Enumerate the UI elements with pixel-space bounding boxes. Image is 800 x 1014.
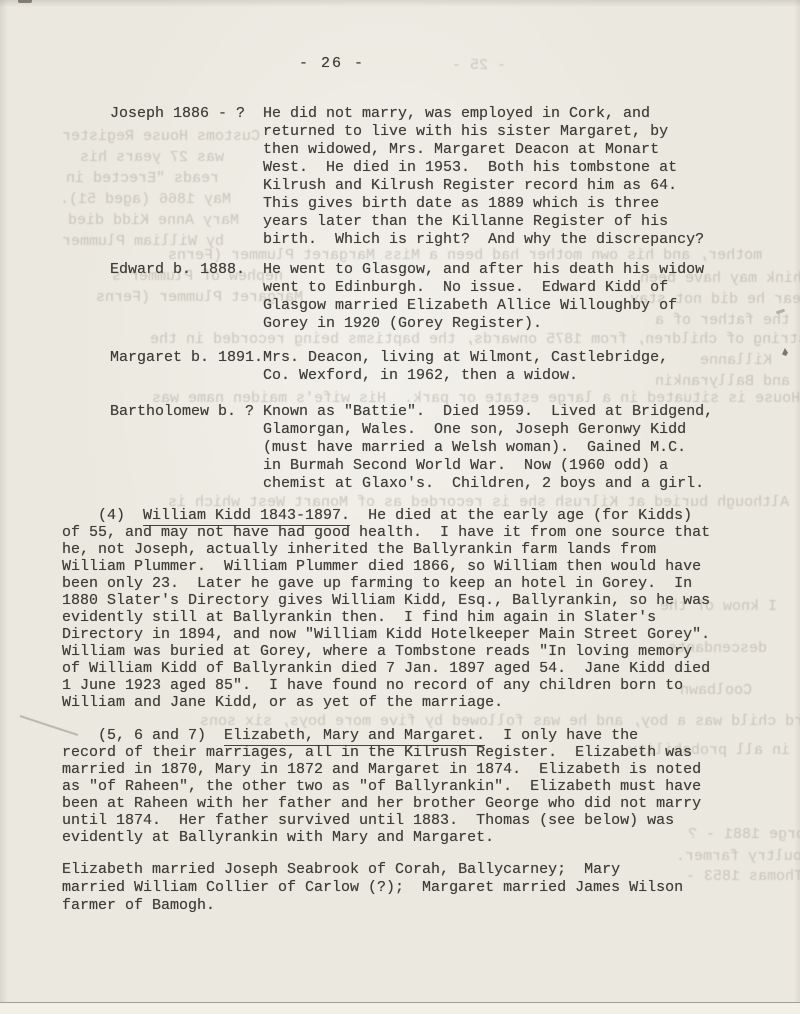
text-line: 1 June 1923 aged 85". I have found no re…	[62, 677, 710, 694]
bleedthrough-text: was 27 years his	[80, 149, 224, 166]
text-line: Known as "Battie". Died 1959. Lived at B…	[263, 403, 713, 421]
entry-label: Joseph 1886 - ?	[110, 105, 245, 123]
text-line: married in 1870, Mary in 1872 and Margar…	[62, 761, 701, 778]
text-line: Glasgow married Elizabeth Allice Willoug…	[263, 297, 704, 315]
paragraph-text: I only have the	[485, 727, 638, 744]
text-line: evidently still at Ballyrankin then. I f…	[62, 609, 710, 626]
text-line: farmer of Bamogh.	[62, 897, 683, 915]
text-line: Co. Wexford, in 1962, then a widow.	[263, 367, 668, 385]
text-line: as "of Raheen", the other two as "of Bal…	[62, 778, 701, 795]
bleedthrough-text: Mary Anne Kidd died	[68, 212, 239, 229]
bleedthrough-text: string of children, from 1875 onwards, t…	[150, 331, 800, 348]
text-line: He did not marry, was employed in Cork, …	[263, 105, 704, 123]
text-line: of William Kidd of Ballyrankin died 7 Ja…	[62, 660, 710, 677]
crease-mark	[0, 700, 120, 760]
text-line: until 1874. Her father survived until 18…	[62, 812, 701, 829]
text-line: been only 23. Later he gave up farming t…	[62, 575, 710, 592]
text-line: West. He died in 1953. Both his tombston…	[263, 159, 704, 177]
text-line: Elizabeth married Joseph Seabrook of Cor…	[62, 861, 683, 879]
entry-body: Mrs. Deacon, living at Wilmont, Castlebr…	[263, 349, 668, 385]
bleedthrough-text: Customs House Register	[62, 128, 260, 145]
bleedthrough-text: May 1866 (aged 51).	[60, 191, 231, 208]
page-bottom-edge	[0, 1002, 800, 1014]
text-line: birth. Which is right? And why the discr…	[263, 231, 704, 249]
text-line: (must have married a Welsh woman). Gaine…	[263, 439, 713, 457]
text-line: (4) William Kidd 1843-1897. He died at t…	[98, 507, 710, 524]
paragraph-prefix: (4)	[98, 507, 143, 524]
bleedthrough-text: poultry farmer.	[676, 848, 800, 865]
text-line: evidently at Ballyrankin with Mary and M…	[62, 829, 701, 846]
paragraph-body: record of their marriages, all in the Ki…	[62, 744, 701, 846]
text-line: 1880 Slater's Directory gives William Ki…	[62, 592, 710, 609]
bleedthrough-text: Killanne	[700, 352, 772, 369]
bleedthrough-text: Thomas 1853 -	[686, 868, 800, 885]
entry-body: Known as "Battie". Died 1959. Lived at B…	[263, 403, 713, 493]
text-line: (5, 6 and 7) Elizabeth, Mary and Margare…	[98, 727, 701, 744]
paragraph-body: of 55, and may not have had good health.…	[62, 524, 710, 711]
text-line: Gorey in 1920 (Gorey Register).	[263, 315, 704, 333]
entry-body: He did not marry, was employed in Cork, …	[263, 105, 704, 249]
page-edge-mark	[18, 0, 32, 3]
bleedthrough-text: reads "Erected in	[66, 170, 219, 187]
bleedthrough-text: George 1881 - ?	[688, 826, 800, 843]
entry-label: Bartholomew b. ?	[110, 403, 254, 421]
text-line: years later than the Killanne Register o…	[263, 213, 704, 231]
text-line: then widowed, Mrs. Margaret Deacon at Mo…	[263, 141, 704, 159]
paragraph-body: Elizabeth married Joseph Seabrook of Cor…	[62, 861, 683, 915]
text-line: record of their marriages, all in the Ki…	[62, 744, 701, 761]
text-line: Kilrush and Kilrush Register record him …	[263, 177, 704, 195]
text-line: William Plummer. William Plummer died 18…	[62, 558, 710, 575]
text-line: He went to Glasgow, and after his death …	[263, 261, 704, 279]
document-page: - 25 - Customs House Register was 27 yea…	[0, 0, 800, 1014]
entry-label: Margaret b. 1891.	[110, 349, 263, 367]
text-line: been at Raheen with her father and her b…	[62, 795, 701, 812]
page-number: - 26 -	[299, 55, 365, 72]
text-line: in Burmah Second World War. Now (1960 od…	[263, 457, 713, 475]
entry-label: Edward b. 1888.	[110, 261, 245, 279]
paragraph-text: He died at the early age (for Kidds)	[350, 507, 692, 524]
ink-speck	[781, 348, 788, 356]
text-line: went to Edinburgh. No issue. Edward Kidd…	[263, 279, 704, 297]
text-line: William and Jane Kidd, or as yet of the …	[62, 694, 710, 711]
text-line: Directory in 1894, and now "William Kidd…	[62, 626, 710, 643]
paragraph-marriages: Elizabeth married Joseph Seabrook of Cor…	[62, 861, 683, 915]
text-line: Mrs. Deacon, living at Wilmont, Castlebr…	[263, 349, 668, 367]
text-line: returned to live with his sister Margare…	[263, 123, 704, 141]
paragraph-elizabeth-mary-margaret: (5, 6 and 7) Elizabeth, Mary and Margare…	[62, 727, 701, 846]
underlined-heading: William Kidd 1843-1897.	[143, 507, 350, 526]
bleedthrough-text: and Ballyrankin	[655, 373, 790, 390]
text-line: married William Collier of Carlow (?); M…	[62, 879, 683, 897]
text-line: Glamorgan, Wales. One son, Joseph Geronw…	[263, 421, 713, 439]
paragraph-william-kidd: (4) William Kidd 1843-1897. He died at t…	[62, 507, 710, 711]
text-line: chemist at Glaxo's. Children, 2 boys and…	[263, 475, 713, 493]
text-line: of 55, and may not have had good health.…	[62, 524, 710, 541]
bleedthrough-text: - 25 -	[452, 57, 506, 74]
entry-body: He went to Glasgow, and after his death …	[263, 261, 704, 333]
text-line: he, not Joseph, actually inherited the B…	[62, 541, 710, 558]
underlined-heading: Elizabeth, Mary and Margaret.	[224, 727, 485, 746]
text-line: William was buried at Gorey, where a Tom…	[62, 643, 710, 660]
text-line: This gives birth date as 1889 which is t…	[263, 195, 704, 213]
